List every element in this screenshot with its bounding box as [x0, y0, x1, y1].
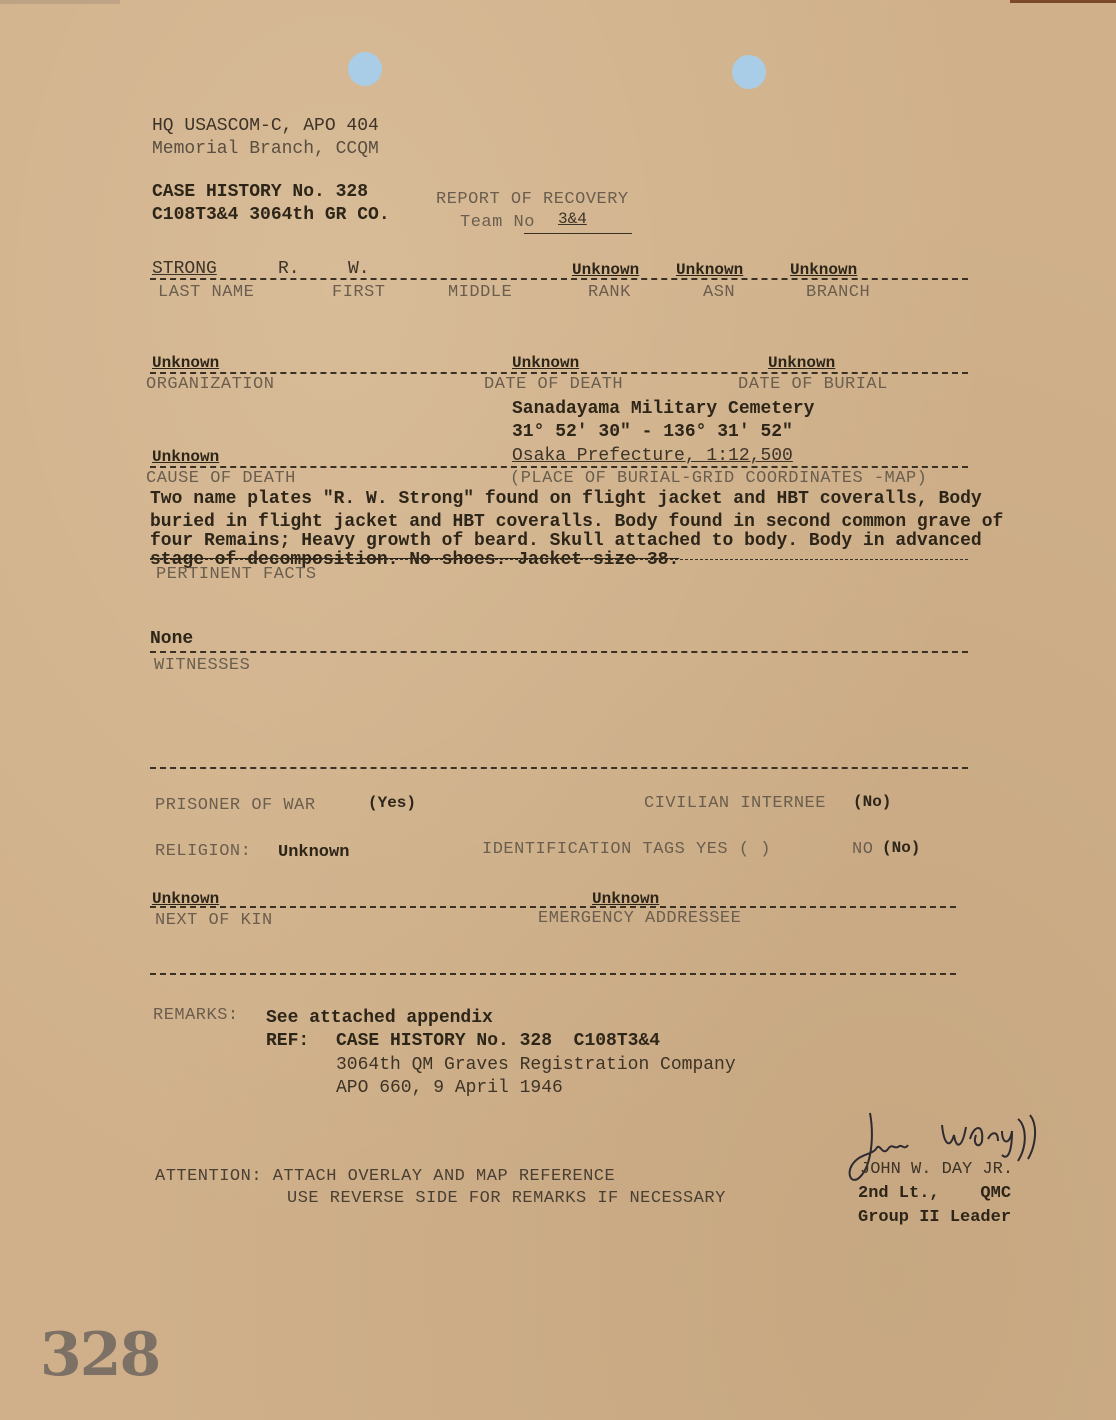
asn-value: Unknown	[676, 261, 743, 279]
burial-place-label: (PLACE OF BURIAL-GRID COORDINATES -MAP)	[510, 469, 927, 488]
emergency-addressee-label: EMERGENCY ADDRESSEE	[538, 909, 741, 928]
pertinent-facts-line: four Remains; Heavy growth of beard. Sku…	[150, 531, 982, 551]
report-title: REPORT OF RECOVERY	[436, 190, 629, 209]
remarks-ref-line1: CASE HISTORY No. 328 C108T3&4	[336, 1031, 660, 1051]
cause-row-rule	[150, 466, 968, 468]
witnesses-blank-rule	[150, 767, 968, 769]
last-name-value: STRONG	[152, 259, 217, 279]
signer-title: Group II Leader	[858, 1208, 1011, 1227]
rank-label: RANK	[588, 283, 631, 302]
attention-line2: USE REVERSE SIDE FOR REMARKS IF NECESSAR…	[287, 1189, 726, 1208]
pertinent-facts-line: buried in flight jacket and HBT coverall…	[150, 512, 1003, 532]
middle-name-value: W.	[348, 259, 370, 279]
header-line2: Memorial Branch, CCQM	[152, 139, 379, 159]
header-line1: HQ USASCOM-C, APO 404	[152, 116, 379, 136]
case-number-stamp: 328	[40, 1320, 159, 1390]
religion-value: Unknown	[278, 843, 349, 862]
civilian-internee-value: (No)	[853, 793, 891, 811]
last-name-label: LAST NAME	[158, 283, 254, 302]
punch-hole-right	[732, 55, 766, 89]
burial-map: Osaka Prefecture, 1:12,500	[512, 446, 793, 466]
signer-rank: 2nd Lt., QMC	[858, 1184, 1011, 1203]
cause-of-death-label: CAUSE OF DEATH	[146, 469, 296, 488]
kin-blank-rule	[150, 973, 956, 975]
date-of-burial-label: DATE OF BURIAL	[738, 375, 888, 394]
next-of-kin-label: NEXT OF KIN	[155, 911, 273, 930]
unit-designation: C108T3&4 3064th GR CO.	[152, 205, 390, 225]
scan-edge-left	[0, 0, 120, 4]
id-tags-no-value: (No)	[882, 839, 920, 857]
first-name-value: R.	[278, 259, 300, 279]
team-underline	[524, 233, 632, 234]
witnesses-rule	[150, 651, 968, 653]
team-label: Team No	[460, 213, 535, 232]
first-name-label: FIRST	[332, 283, 386, 302]
rank-value: Unknown	[572, 261, 639, 279]
witnesses-value: None	[150, 629, 193, 649]
pertinent-facts-label: PERTINENT FACTS	[156, 565, 317, 584]
religion-label: RELIGION:	[155, 842, 251, 861]
attention-line1: ATTENTION: ATTACH OVERLAY AND MAP REFERE…	[155, 1167, 615, 1186]
id-tags-label: IDENTIFICATION TAGS YES ( )	[482, 840, 771, 859]
date-of-burial-value: Unknown	[768, 354, 835, 372]
date-of-death-value: Unknown	[512, 354, 579, 372]
pow-label: PRISONER OF WAR	[155, 796, 316, 815]
asn-label: ASN	[703, 283, 735, 302]
organization-value: Unknown	[152, 354, 219, 372]
burial-cemetery: Sanadayama Military Cemetery	[512, 399, 814, 419]
signer-name: JOHN W. DAY JR.	[860, 1160, 1013, 1179]
kin-rule	[150, 906, 956, 908]
civilian-internee-label: CIVILIAN INTERNEE	[644, 794, 826, 813]
case-history-number: CASE HISTORY No. 328	[152, 182, 368, 202]
middle-name-label: MIDDLE	[448, 283, 512, 302]
cause-of-death-value: Unknown	[152, 448, 219, 466]
branch-value: Unknown	[790, 261, 857, 279]
remarks-ref-line3: APO 660, 9 April 1946	[336, 1078, 563, 1098]
punch-hole-left	[348, 52, 382, 86]
pow-value: (Yes)	[368, 794, 416, 812]
pertinent-facts-line: Two name plates "R. W. Strong" found on …	[150, 489, 982, 509]
name-row-rule	[150, 278, 968, 280]
branch-label: BRANCH	[806, 283, 870, 302]
burial-coordinates: 31° 52' 30" - 136° 31' 52"	[512, 422, 793, 442]
org-row-rule	[150, 372, 968, 374]
remarks-ref-label: REF:	[266, 1031, 309, 1051]
witnesses-label: WITNESSES	[154, 656, 250, 675]
remarks-label: REMARKS:	[153, 1006, 239, 1025]
organization-label: ORGANIZATION	[146, 375, 274, 394]
date-of-death-label: DATE OF DEATH	[484, 375, 623, 394]
pertinent-facts-rule	[150, 559, 968, 560]
team-value: 3&4	[558, 210, 587, 228]
id-tags-no-label: NO	[852, 840, 873, 859]
scan-edge-right	[1010, 0, 1116, 3]
remarks-line1: See attached appendix	[266, 1008, 493, 1028]
remarks-ref-line2: 3064th QM Graves Registration Company	[336, 1055, 736, 1075]
